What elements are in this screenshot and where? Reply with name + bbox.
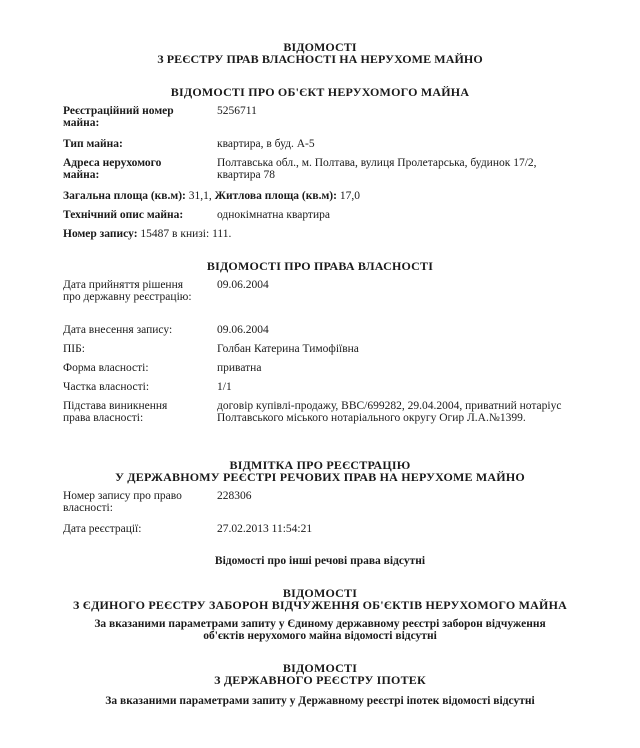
ownership-record-number-value: 228306 bbox=[217, 490, 577, 502]
property-type-label: Тип майна: bbox=[63, 138, 208, 150]
mortgage-heading-line2: З ДЕРЖАВНОГО РЕЄСТРУ ІПОТЕК bbox=[0, 674, 640, 686]
reg-number-label: Реєстраційний номер майна: bbox=[63, 105, 208, 129]
record-number-value: 15487 bbox=[140, 228, 169, 240]
owner-name-value: Голбан Катерина Тимофіївна bbox=[217, 343, 577, 355]
ownership-basis-value: договір купівлі-продажу, ВВС/699282, 29.… bbox=[217, 400, 567, 424]
book-value: 111. bbox=[212, 228, 231, 240]
entry-date-value: 09.06.2004 bbox=[217, 324, 577, 336]
registration-date-label: Дата реєстрації: bbox=[63, 523, 208, 535]
owner-name-label: ПІБ: bbox=[63, 343, 208, 355]
tech-description-value: однокімнатна квартира bbox=[217, 209, 577, 221]
total-area-label: Загальна площа (кв.м): bbox=[63, 190, 186, 202]
ownership-share-label: Частка власності: bbox=[63, 381, 208, 393]
ownership-share-value: 1/1 bbox=[217, 381, 577, 393]
prohibitions-note-line2: об'єктів нерухомого майна відомості відс… bbox=[0, 630, 640, 643]
property-type-value: квартира, в буд. А-5 bbox=[217, 138, 577, 150]
living-area-value: 17,0 bbox=[340, 190, 360, 202]
entry-date-label: Дата внесення запису: bbox=[63, 324, 208, 336]
total-area-value: 31,1, bbox=[189, 190, 212, 202]
object-section-heading: ВІДОМОСТІ ПРО ОБ'ЄКТ НЕРУХОМОГО МАЙНА bbox=[0, 86, 640, 98]
mortgage-note: За вказаними параметрами запиту у Держав… bbox=[0, 695, 640, 708]
other-rights-note: Відомості про інші речові права відсутні bbox=[0, 555, 640, 568]
reg-number-value: 5256711 bbox=[217, 105, 577, 117]
book-label: в книзі: bbox=[172, 228, 209, 240]
ownership-section-heading: ВІДОМОСТІ ПРО ПРАВА ВЛАСНОСТІ bbox=[0, 260, 640, 272]
tech-description-label: Технічний опис майна: bbox=[63, 209, 223, 221]
record-number-label: Номер запису: bbox=[63, 228, 138, 240]
ownership-basis-label: Підстава виникнення права власності: bbox=[63, 400, 193, 424]
ownership-record-number-label: Номер запису про право власності: bbox=[63, 490, 198, 514]
document-title-line2: З РЕЄСТРУ ПРАВ ВЛАСНОСТІ НА НЕРУХОМЕ МАЙ… bbox=[0, 53, 640, 65]
area-line: Загальна площа (кв.м): 31,1, Житлова пло… bbox=[63, 190, 360, 202]
ownership-form-label: Форма власності: bbox=[63, 362, 208, 374]
registry-extract-document: ВІДОМОСТІ З РЕЄСТРУ ПРАВ ВЛАСНОСТІ НА НЕ… bbox=[0, 0, 640, 748]
record-number-line: Номер запису: 15487 в книзі: 111. bbox=[63, 228, 231, 240]
address-label: Адреса нерухомого майна: bbox=[63, 157, 183, 181]
address-value: Полтавська обл., м. Полтава, вулиця Прол… bbox=[217, 157, 577, 181]
registration-heading-line2: У ДЕРЖАВНОМУ РЕЄСТРІ РЕЧОВИХ ПРАВ НА НЕР… bbox=[0, 471, 640, 483]
decision-date-value: 09.06.2004 bbox=[217, 279, 577, 291]
ownership-form-value: приватна bbox=[217, 362, 577, 374]
decision-date-label: Дата прийняття рішення про державну реєс… bbox=[63, 279, 195, 303]
living-area-label: Житлова площа (кв.м): bbox=[215, 190, 337, 202]
prohibitions-heading-line2: З ЄДИНОГО РЕЄСТРУ ЗАБОРОН ВІДЧУЖЕННЯ ОБ'… bbox=[0, 599, 640, 611]
registration-date-value: 27.02.2013 11:54:21 bbox=[217, 523, 577, 535]
